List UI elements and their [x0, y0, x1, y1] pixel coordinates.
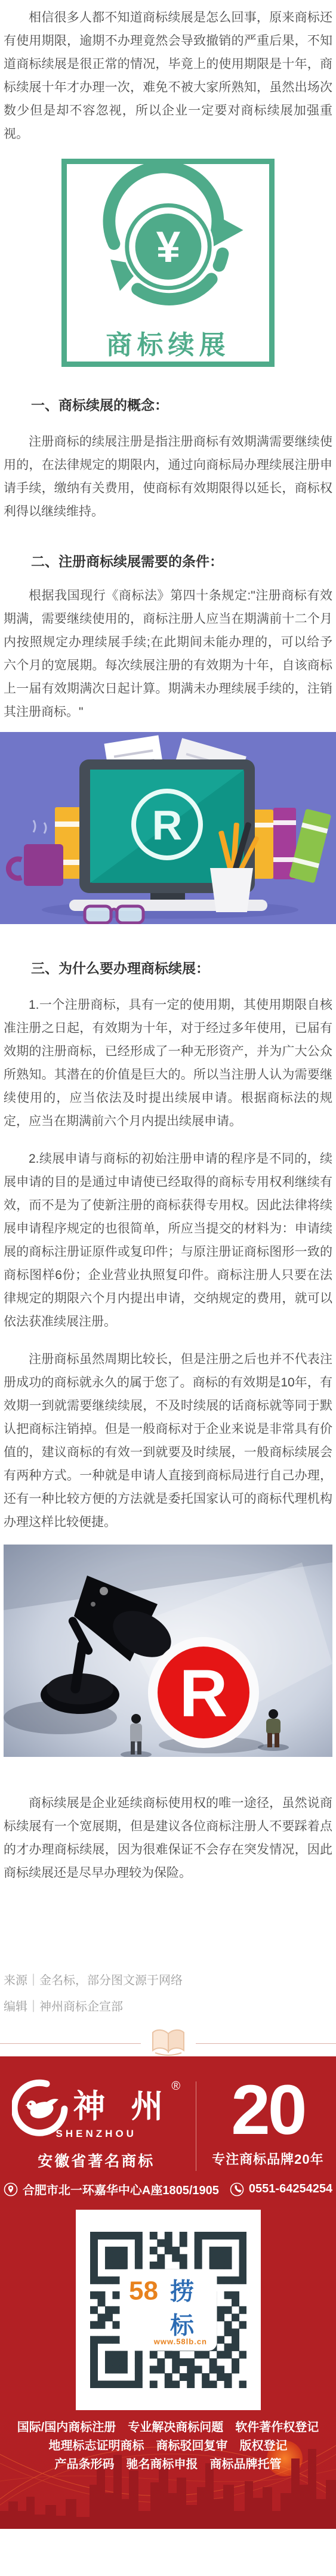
section3-paragraph-4: 商标续展是企业延续商标使用权的唯一途径，虽然说商标续展有一个宽展期，但是建议各位…: [4, 1792, 332, 1885]
brand-divider: [196, 2081, 196, 2171]
section1-title: 一、商标续展的概念：: [4, 396, 332, 415]
article-body: 相信很多人都不知道商标续展是怎么回事，原来商标还有使用期限，逾期不办理竟然会导致…: [0, 0, 336, 724]
location-pin-icon: [4, 2182, 18, 2197]
source-line: 来源｜金名标，部分图文源于网络: [0, 1972, 336, 1990]
anniversary-number: 20: [212, 2079, 323, 2141]
services-list: 国际/国内商标注册 专业解决商标问题 软件著作权登记 地理标志证明商标 商标驳回…: [0, 2419, 336, 2474]
phone-text: 0551-64254254: [249, 2182, 332, 2196]
brand-row: 神 州 ® SHENZHOU 安徽省著名商标 20 专注商标品牌20年: [0, 2079, 336, 2171]
anniversary-tagline: 专注商标品牌20年: [212, 2149, 323, 2168]
services-line-2: 地理标志证明商标 商标驳回复审 版权登记: [0, 2437, 336, 2455]
registered-mark: ®: [171, 2080, 180, 2092]
section3-paragraph-1: 1.一个注册商标，具有一定的使用期，其使用期限自核准注册之日起，有效期为十年，对…: [4, 993, 332, 1133]
article-page: 相信很多人都不知道商标续展是怎么回事，原来商标还有使用期限，逾期不办理竟然会导致…: [0, 0, 336, 2576]
brand-name-cn: 神 州: [73, 2079, 171, 2134]
qr-code: 58 捞标 www.58lb.cn: [76, 2210, 261, 2410]
qr-label-text: 捞标: [158, 2273, 207, 2341]
address-text: 合肥市北一环嘉华中心A座1805/1905: [23, 2180, 219, 2198]
company-footer: 神 州 ® SHENZHOU 安徽省著名商标 20 专注商标品牌20年: [0, 2056, 336, 2529]
registered-r-glyph: R: [152, 802, 183, 848]
section3-paragraph-2: 2.续展申请与商标的初始注册申请的程序是不同的，续展申请的目的是通过申请使已经取…: [4, 1147, 332, 1333]
brand-honor-label: 安徽省著名商标: [12, 2149, 180, 2171]
renewal-icon-caption: 商标续展: [106, 323, 230, 362]
phone-block: 0551-64254254: [230, 2182, 332, 2197]
qr-center-label: 58 捞标 www.58lb.cn: [122, 2272, 214, 2349]
monitor-illustration: R: [0, 732, 336, 924]
lamp-r-glyph: R: [180, 1656, 228, 1731]
lamp-photo-image: R: [4, 1545, 332, 1757]
yen-glyph: ¥: [156, 223, 181, 271]
renewal-icon-image: ¥ 商标续展: [61, 159, 275, 367]
services-line-1: 国际/国内商标注册 专业解决商标问题 软件著作权登记: [0, 2419, 336, 2437]
article-body-3: 商标续展是企业延续商标使用权的唯一途径，虽然说商标续展有一个宽展期，但是建议各位…: [0, 1757, 336, 1885]
section3-paragraph-3: 注册商标虽然周期比较长，但是注册之后也并不代表注册成功的商标就永久的属于您了。商…: [4, 1348, 332, 1534]
anniversary-block: 20 专注商标品牌20年: [212, 2079, 323, 2171]
section3-title: 三、为什么要办理商标续展：: [4, 959, 332, 978]
refresh-yen-icon: ¥: [67, 164, 269, 322]
brand-logo-block: 神 州 ® SHENZHOU 安徽省著名商标: [12, 2079, 180, 2171]
section2-title: 二、注册商标续展需要的条件：: [4, 552, 332, 571]
contact-row: 合肥市北一环嘉华中心A座1805/1905 0551-64254254: [0, 2180, 336, 2198]
section1-paragraph: 注册商标的续展注册是指注册商标有效期满需要继续使用的，在法律规定的期限内，通过向…: [4, 430, 332, 523]
monitor-illustration-image: R: [0, 732, 336, 924]
qr-label-number: 58: [129, 2277, 158, 2306]
section-divider: [0, 2028, 336, 2056]
lamp-photo: R: [4, 1545, 332, 1757]
phone-icon: [230, 2182, 244, 2197]
editor-line: 编辑｜神州商标企宣部: [0, 1998, 336, 2016]
article-body-2: 三、为什么要办理商标续展： 1.一个注册商标，具有一定的使用期，其使用期限自核准…: [0, 924, 336, 1534]
intro-paragraph: 相信很多人都不知道商标续展是怎么回事，原来商标还有使用期限，逾期不办理竟然会导致…: [4, 6, 332, 146]
services-line-3: 产品条形码 驰名商标申报 商标品牌托管: [0, 2455, 336, 2474]
bottom-spacer: [0, 2529, 336, 2576]
open-book-icon: [141, 2028, 196, 2059]
section2-paragraph: 根据我国现行《商标法》第四十条规定:"注册商标有效期满，需要继续使用的，商标注册…: [4, 584, 332, 724]
qr-label-url: www.58lb.cn: [129, 2337, 207, 2346]
